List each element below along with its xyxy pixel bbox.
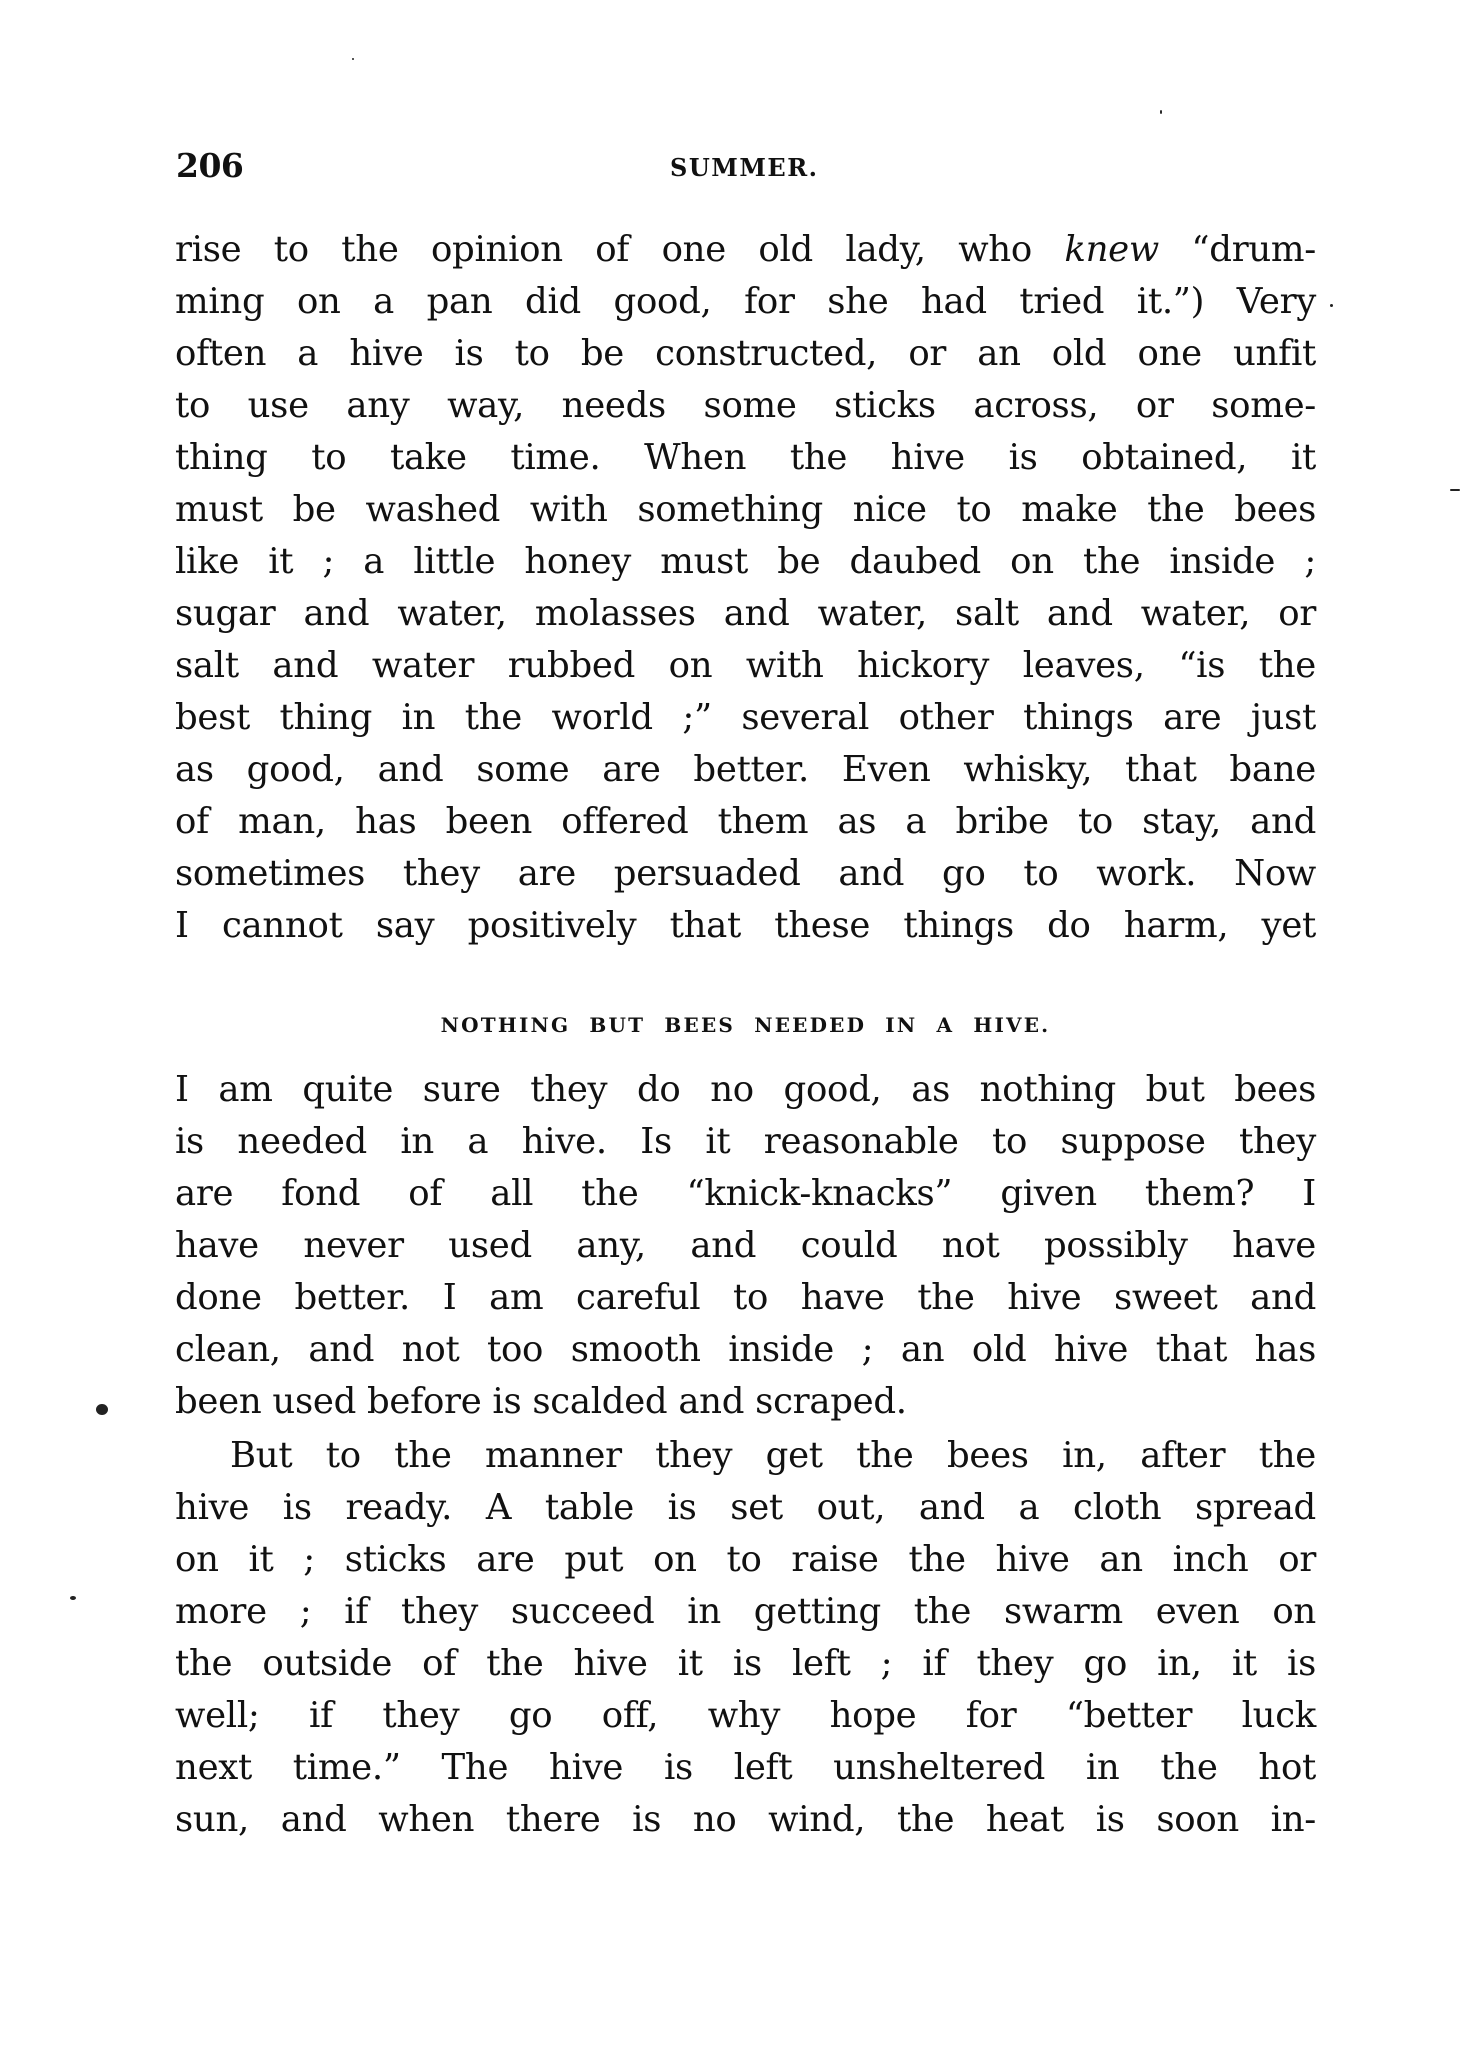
ink-speck [96,1404,108,1415]
text-line: clean, and not too smooth inside ; an ol… [175,1324,1316,1376]
ink-speck [70,1596,76,1600]
ink-speck [1450,489,1460,491]
text-line: I am quite sure they do no good, as noth… [175,1064,1316,1116]
ink-speck [352,58,354,60]
text-line: to use any way, needs some sticks across… [175,380,1316,432]
italic-word: knew [1064,229,1159,270]
text-line: been used before is scalded and scraped. [175,1376,1316,1428]
book-page: 206 SUMMER. rise to the opinion of one o… [0,0,1463,2070]
text-line: as good, and some are better. Even whisk… [175,744,1316,796]
section-subheading: NOTHING BUT BEES NEEDED IN A HIVE. [175,1008,1316,1042]
text-line: often a hive is to be constructed, or an… [175,328,1316,380]
text-line: ming on a pan did good, for she had trie… [175,276,1316,328]
text-line: salt and water rubbed on with hickory le… [175,640,1316,692]
text-line: are fond of all the “knick-knacks” given… [175,1168,1316,1220]
text-line: sugar and water, molasses and water, sal… [175,588,1316,640]
text-run: rise to the opinion of one old lady, who [175,229,1064,270]
running-head: 206 SUMMER. [176,146,1316,186]
paragraph-3: But to the manner they get the bees in, … [175,1430,1316,1846]
text-line: best thing in the world ;” several other… [175,692,1316,744]
text-line: sometimes they are persuaded and go to w… [175,848,1316,900]
text-run: “drum- [1159,229,1316,270]
text-line: thing to take time. When the hive is obt… [175,432,1316,484]
running-title: SUMMER. [670,150,819,186]
text-line: is needed in a hive. Is it reasonable to… [175,1116,1316,1168]
text-line: like it ; a little honey must be daubed … [175,536,1316,588]
text-line: hive is ready. A table is set out, and a… [175,1482,1316,1534]
text-line: have never used any, and could not possi… [175,1220,1316,1272]
paragraph-1: rise to the opinion of one old lady, who… [175,224,1316,952]
text-line: sun, and when there is no wind, the heat… [175,1794,1316,1846]
text-line: I cannot say positively that these thing… [175,900,1316,952]
text-line: must be washed with something nice to ma… [175,484,1316,536]
page-number: 206 [176,146,243,186]
text-line: more ; if they succeed in getting the sw… [175,1586,1316,1638]
text-line: the outside of the hive it is left ; if … [175,1638,1316,1690]
ink-speck [1330,304,1333,307]
text-line: done better. I am careful to have the hi… [175,1272,1316,1324]
paragraph-2: I am quite sure they do no good, as noth… [175,1064,1316,1428]
text-line: But to the manner they get the bees in, … [175,1430,1316,1482]
ink-speck [1160,110,1162,114]
text-line: well; if they go off, why hope for “bett… [175,1690,1316,1742]
text-line: rise to the opinion of one old lady, who… [175,224,1316,276]
text-line: on it ; sticks are put on to raise the h… [175,1534,1316,1586]
text-line: next time.” The hive is left unsheltered… [175,1742,1316,1794]
text-line: of man, has been offered them as a bribe… [175,796,1316,848]
